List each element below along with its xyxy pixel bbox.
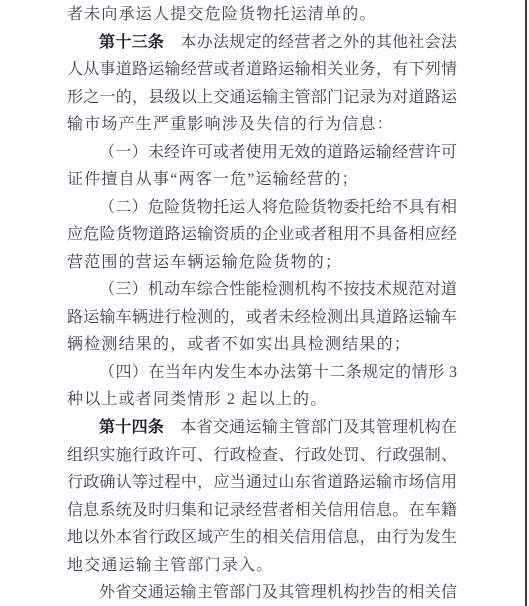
text-line-content: 营范围的营运车辆运输危险货物的； <box>67 254 342 271</box>
text-line: 组织实施行政许可、行政检查、行政处罚、行政强制、 <box>67 442 457 470</box>
text-line-content: 应危险货物道路运输资质的企业或者租用不具备相应经 <box>67 226 457 243</box>
text-line-content: 地交通运输主管部门录入。 <box>67 557 273 574</box>
text-line: 信息系统及时归集和记录经营者相关信用信息。在车籍 <box>67 497 457 525</box>
text-line: 行政确认等过程中，应当通过山东省道路运输市场信用 <box>67 469 457 497</box>
text-line: 地以外本省行政区域产生的相关信用信息，由行为发生 <box>67 524 457 552</box>
text-line-content: 证件擅自从事“两客一危”运输经营的； <box>67 171 359 188</box>
text-line: 第十四条 本省交通运输主管部门及其管理机构在 <box>67 414 457 442</box>
text-line-content: 地以外本省行政区域产生的相关信用信息，由行为发生 <box>67 529 457 546</box>
document-text-column: 者未向承运人提交危险货物托运清单的。第十三条 本办法规定的经营者之外的其他社会法… <box>67 1 457 606</box>
text-line-content: 组织实施行政许可、行政检查、行政处罚、行政强制、 <box>67 447 457 464</box>
text-line-content: 外省交通运输主管部门及其管理机构抄告的相关信 <box>99 584 457 601</box>
text-line: 人从事道路运输经营或者道路运输相关业务，有下列情 <box>67 56 457 84</box>
text-line: 外省交通运输主管部门及其管理机构抄告的相关信 <box>67 579 457 606</box>
text-line: 辆检测结果的，或者不如实出具检测结果的； <box>67 331 457 359</box>
text-line-content: 者未向承运人提交危险货物托运清单的。 <box>67 6 377 23</box>
text-line-content: 种以上或者同类情形 2 起以上的。 <box>67 391 327 408</box>
text-line-content: 辆检测结果的，或者不如实出具检测结果的； <box>67 336 411 353</box>
text-line: 种以上或者同类情形 2 起以上的。 <box>67 386 457 414</box>
text-line-content: （四）在当年内发生本办法第十二条规定的情形 3 <box>99 364 457 381</box>
text-line: 者未向承运人提交危险货物托运清单的。 <box>67 1 457 29</box>
text-line-content: 信息系统及时归集和记录经营者相关信用信息。在车籍 <box>67 502 457 519</box>
page-right-border-line <box>525 0 527 606</box>
text-line: 地交通运输主管部门录入。 <box>67 552 457 580</box>
article-number-heading: 第十四条 <box>99 419 164 436</box>
text-line: 路运输车辆进行检测的，或者未经检测出具道路运输车 <box>67 304 457 332</box>
text-line: （三）机动车综合性能检测机构不按技术规范对道 <box>67 276 457 304</box>
article-number-heading: 第十三条 <box>99 34 164 51</box>
text-line: 应危险货物道路运输资质的企业或者租用不具备相应经 <box>67 221 457 249</box>
text-line-content: 本办法规定的经营者之外的其他社会法 <box>164 34 457 51</box>
text-line: 证件擅自从事“两客一危”运输经营的； <box>67 166 457 194</box>
text-line-content: 形之一的，县级以上交通运输主管部门记录为对道路运 <box>67 89 457 106</box>
text-line: （四）在当年内发生本办法第十二条规定的情形 3 <box>67 359 457 387</box>
text-line: 形之一的，县级以上交通运输主管部门记录为对道路运 <box>67 84 457 112</box>
text-line: （一）未经许可或者使用无效的道路运输经营许可 <box>67 139 457 167</box>
text-line-content: 输市场产生严重影响涉及失信的行为信息： <box>67 116 394 133</box>
text-line-content: 路运输车辆进行检测的，或者未经检测出具道路运输车 <box>67 309 457 326</box>
text-line: （二）危险货物托运人将危险货物委托给不具有相 <box>67 194 457 222</box>
text-line-content: 本省交通运输主管部门及其管理机构在 <box>164 419 457 436</box>
text-line-content: 人从事道路运输经营或者道路运输相关业务，有下列情 <box>67 61 457 78</box>
text-line-content: （二）危险货物托运人将危险货物委托给不具有相 <box>99 199 457 216</box>
text-line-content: （三）机动车综合性能检测机构不按技术规范对道 <box>99 281 457 298</box>
text-line: 第十三条 本办法规定的经营者之外的其他社会法 <box>67 29 457 57</box>
text-line: 输市场产生严重影响涉及失信的行为信息： <box>67 111 457 139</box>
document-page: 者未向承运人提交危险货物托运清单的。第十三条 本办法规定的经营者之外的其他社会法… <box>0 0 529 606</box>
text-line: 营范围的营运车辆运输危险货物的； <box>67 249 457 277</box>
text-line-content: （一）未经许可或者使用无效的道路运输经营许可 <box>99 144 457 161</box>
text-line-content: 行政确认等过程中，应当通过山东省道路运输市场信用 <box>67 474 457 491</box>
